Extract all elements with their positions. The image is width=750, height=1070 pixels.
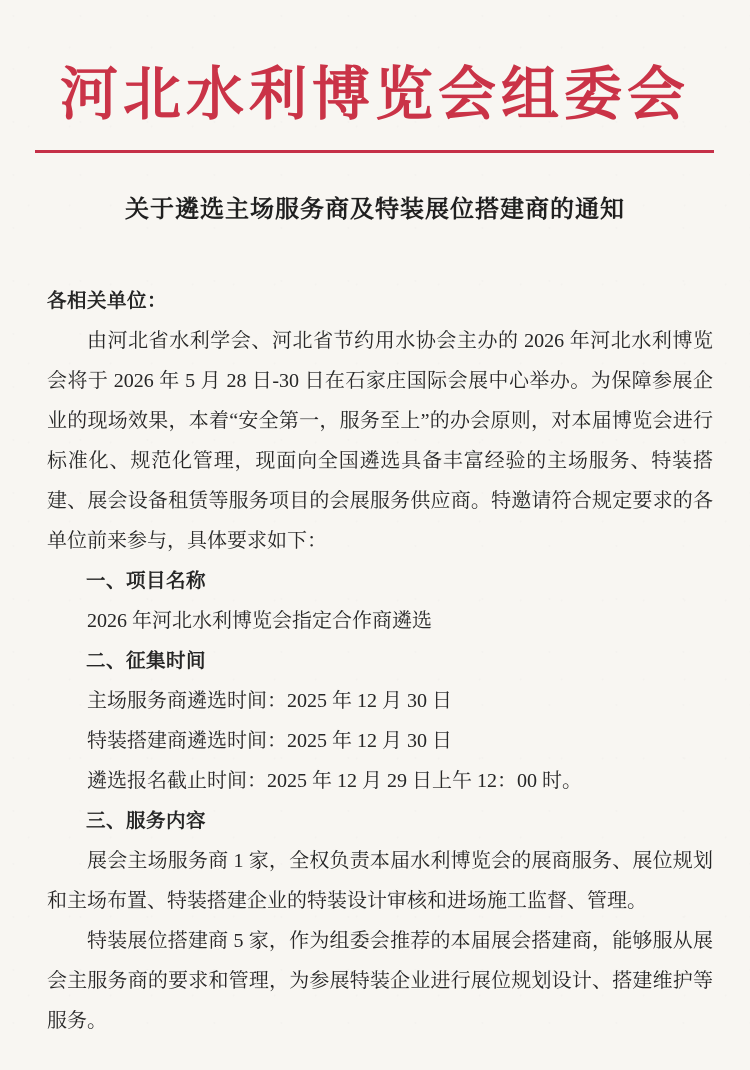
intro-paragraph: 由河北省水利学会、河北省节约用水协会主办的 2026 年河北水利博览会将于 20… [47,321,713,561]
service-paragraph-main-provider: 展会主场服务商 1 家，全权负责本届水利博览会的展商服务、展位规划和主场布置、特… [47,841,713,921]
schedule-line-booth-builder: 特装搭建商遴选时间：2025 年 12 月 30 日 [47,721,713,761]
letterhead-title: 河北水利博览会组委会 [0,0,750,140]
salutation: 各相关单位： [47,281,713,321]
schedule-line-main-service: 主场服务商遴选时间：2025 年 12 月 30 日 [47,681,713,721]
service-paragraph-booth-builders: 特装展位搭建商 5 家，作为组委会推荐的本届展会搭建商，能够服从展会主服务商的要… [47,921,713,1041]
notice-document: 河北水利博览会组委会 关于遴选主场服务商及特装展位搭建商的通知 各相关单位： 由… [0,0,750,1070]
section-1-heading: 一、项目名称 [47,561,713,601]
section-2-heading: 二、征集时间 [47,641,713,681]
section-3-heading: 三、服务内容 [47,801,713,841]
schedule-line-deadline: 遴选报名截止时间：2025 年 12 月 29 日上午 12：00 时。 [47,761,713,801]
letterhead-divider [35,150,714,153]
document-title: 关于遴选主场服务商及特装展位搭建商的通知 [0,193,750,227]
section-1-project-name: 2026 年河北水利博览会指定合作商遴选 [47,601,713,641]
document-body: 各相关单位： 由河北省水利学会、河北省节约用水协会主办的 2026 年河北水利博… [0,281,750,1041]
